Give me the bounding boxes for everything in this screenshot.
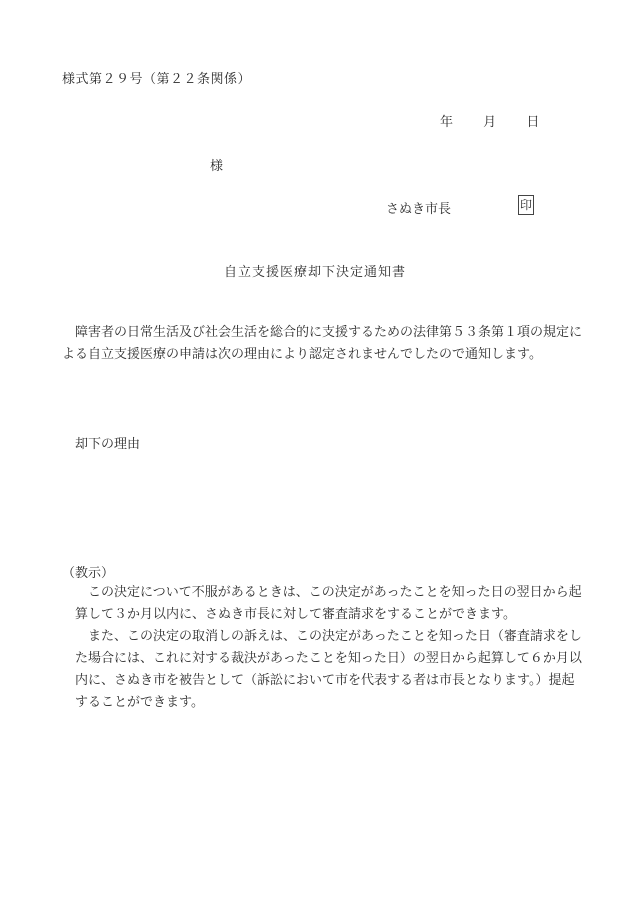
date-line: 年 月 日 xyxy=(440,111,539,130)
seal-icon: 印 xyxy=(518,195,534,215)
issuer-name: さぬき市長 xyxy=(386,198,451,217)
date-month-label: 月 xyxy=(483,111,496,130)
instruction-paragraph-lawsuit: また、この決定の取消しの訴えは、この決定があったことを知った日（審査請求をした場… xyxy=(75,626,585,714)
form-number: 様式第２９号（第２２条関係） xyxy=(62,68,251,87)
document-title: 自立支援医療却下決定通知書 xyxy=(224,261,406,280)
date-year-label: 年 xyxy=(440,111,453,130)
body-paragraph: 障害者の日常生活及び社会生活を総合的に支援するための法律第５３条第１項の規定によ… xyxy=(62,322,582,366)
body-text: 障害者の日常生活及び社会生活を総合的に支援するための法律第５３条第１項の規定によ… xyxy=(62,322,582,366)
instruction-body: この決定について不服があるときは、この決定があったことを知った日の翌日から起算し… xyxy=(75,582,585,714)
date-day-label: 日 xyxy=(526,111,539,130)
instruction-heading: （教示） xyxy=(62,562,114,581)
reason-heading: 却下の理由 xyxy=(75,433,140,452)
addressee-honorific: 様 xyxy=(210,155,223,174)
instruction-paragraph-appeal: この決定について不服があるときは、この決定があったことを知った日の翌日から起算し… xyxy=(75,582,585,626)
